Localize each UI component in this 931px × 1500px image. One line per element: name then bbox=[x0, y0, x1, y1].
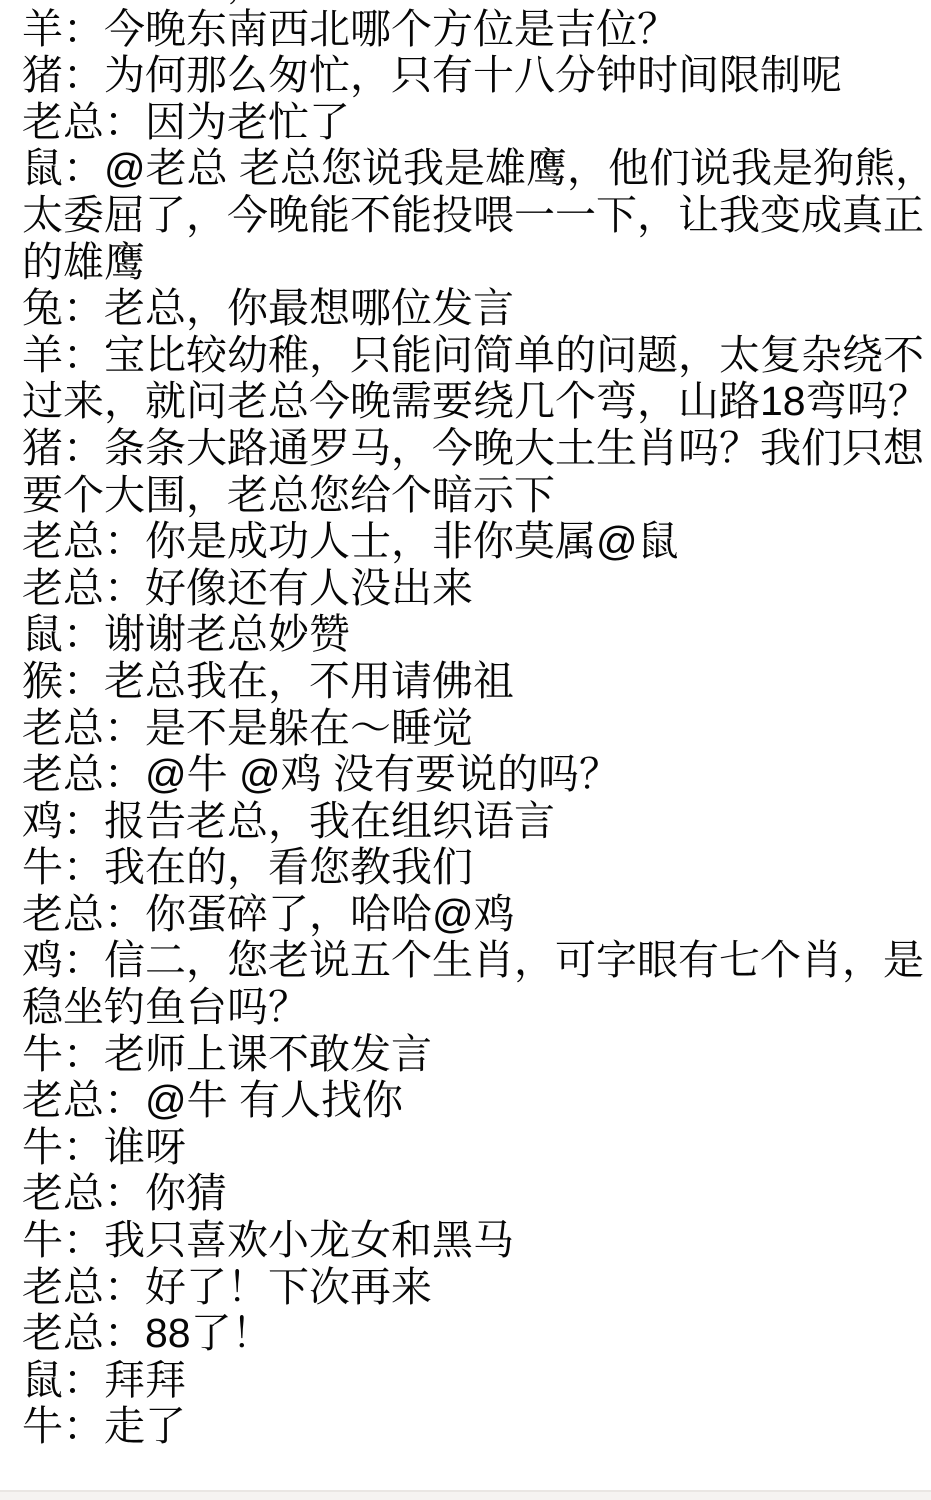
chat-line: 猴：老总我在，不用请佛祖 bbox=[22, 658, 927, 705]
chat-line: 老总：因为老忙了 bbox=[22, 99, 927, 146]
chat-line-truncated: 兔：老总好，今晚从哪个方位开始呢？求指点 bbox=[22, 0, 927, 6]
chat-line: 过来，就问老总今晚需要绕几个弯，山路18弯吗？ bbox=[22, 378, 927, 425]
chat-line: 老总：你是成功人士，非你莫属@鼠 bbox=[22, 518, 927, 565]
chat-line: 的雄鹰 bbox=[22, 239, 927, 286]
chat-line: 鼠：@老总 老总您说我是雄鹰，他们说我是狗熊， bbox=[22, 145, 927, 192]
chat-line: 羊：今晚东南西北哪个方位是吉位？ bbox=[22, 6, 927, 53]
chat-line: 牛：走了 bbox=[22, 1403, 927, 1450]
chat-line: 鸡：信二，您老说五个生肖，可字眼有七个肖，是 bbox=[22, 937, 927, 984]
chat-line: 老总：好像还有人没出来 bbox=[22, 565, 927, 612]
chat-line: 猪：条条大路通罗马，今晚大土生肖吗？我们只想 bbox=[22, 425, 927, 472]
chat-transcript-page: { "page": { "background": "#ffffff", "te… bbox=[0, 0, 931, 1500]
chat-line: 兔：老总，你最想哪位发言 bbox=[22, 285, 927, 332]
bottom-bar bbox=[0, 1490, 931, 1500]
chat-line: 老总：@牛 有人找你 bbox=[22, 1077, 927, 1124]
chat-line: 牛：我在的，看您教我们 bbox=[22, 844, 927, 891]
chat-line: 要个大围，老总您给个暗示下 bbox=[22, 472, 927, 519]
chat-line: 牛：老师上课不敢发言 bbox=[22, 1031, 927, 1078]
chat-line: 老总：@牛 @鸡 没有要说的吗？ bbox=[22, 751, 927, 798]
chat-line: 鼠：拜拜 bbox=[22, 1357, 927, 1404]
chat-line: 羊：宝比较幼稚，只能问简单的问题，太复杂绕不 bbox=[22, 332, 927, 379]
chat-line: 牛：我只喜欢小龙女和黑马 bbox=[22, 1217, 927, 1264]
chat-line: 老总：好了！下次再来 bbox=[22, 1264, 927, 1311]
chat-line: 老总：你蛋碎了，哈哈@鸡 bbox=[22, 891, 927, 938]
chat-line: 猪：为何那么匆忙，只有十八分钟时间限制呢 bbox=[22, 52, 927, 99]
chat-line: 太委屈了，今晚能不能投喂一一下，让我变成真正 bbox=[22, 192, 927, 239]
chat-line: 老总：你猜 bbox=[22, 1170, 927, 1217]
chat-line: 鸡：报告老总，我在组织语言 bbox=[22, 798, 927, 845]
chat-line: 老总：88了！ bbox=[22, 1310, 927, 1357]
chat-line: 鼠：谢谢老总妙赞 bbox=[22, 611, 927, 658]
chat-line: 稳坐钓鱼台吗？ bbox=[22, 984, 927, 1031]
chat-lines: 兔：老总好，今晚从哪个方位开始呢？求指点羊：今晚东南西北哪个方位是吉位？猪：为何… bbox=[22, 0, 927, 1450]
chat-line: 老总：是不是躲在～睡觉 bbox=[22, 705, 927, 752]
chat-line: 牛：谁呀 bbox=[22, 1124, 927, 1171]
